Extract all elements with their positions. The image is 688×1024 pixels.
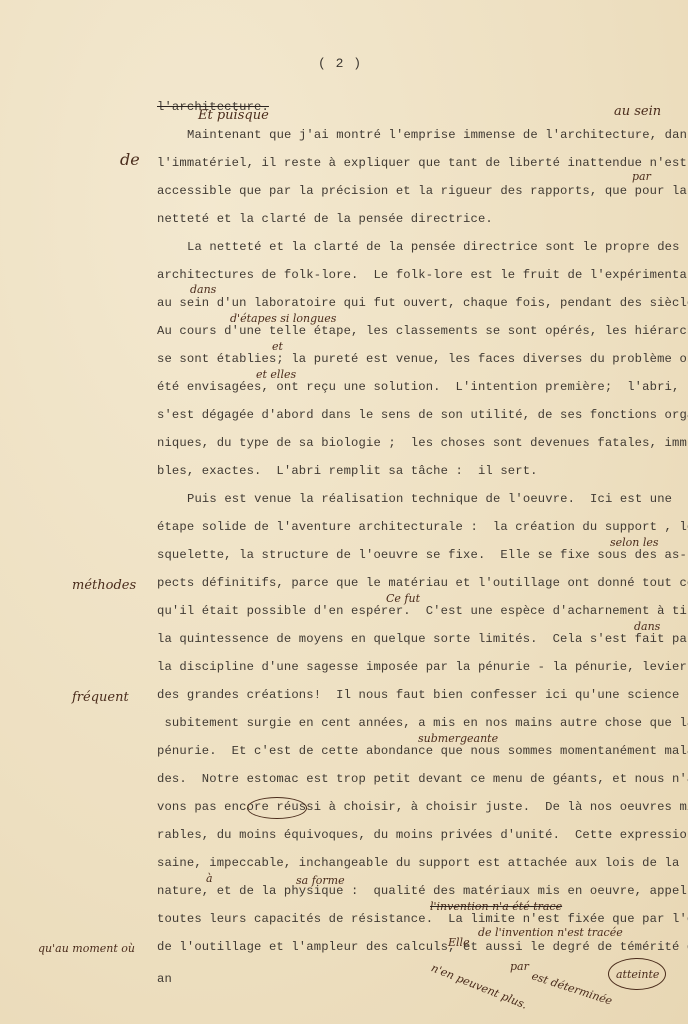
annotation-margin: de (120, 150, 140, 169)
text-line: subitement surgie en cent années, a mis … (157, 716, 688, 730)
annotation-margin: fréquent (72, 690, 129, 705)
annotation: et elles (256, 368, 296, 381)
text-line: la discipline d'une sagesse imposée par … (157, 660, 687, 674)
text-line: accessible que par la précision et la ri… (157, 184, 687, 198)
circled-word (608, 958, 666, 990)
text-line: de l'outillage et l'ampleur des calculs,… (157, 940, 688, 954)
annotation: dans (634, 620, 660, 633)
annotation: Ce fut (386, 592, 420, 605)
text-line: Maintenant que j'ai montré l'emprise imm… (187, 128, 688, 142)
text-line: qu'il était possible d'en espérer. C'est… (157, 604, 688, 618)
text-line: netteté et la clarté de la pensée direct… (157, 212, 493, 226)
text-line: la quintessence de moyens en quelque sor… (157, 632, 688, 646)
annotation: submergeante (418, 732, 498, 745)
text-line: Puis est venue la réalisation technique … (187, 492, 672, 506)
text-line: nature, et de la physique : qualité des … (157, 884, 688, 898)
text-line: vons pas encore réussi à choisir, à choi… (157, 800, 688, 814)
text-line: pénurie. Et c'est de cette abondance que… (157, 744, 688, 758)
text-line: étape solide de l'aventure architectural… (157, 520, 688, 534)
annotation: selon les (610, 536, 659, 549)
annotation: sa forme (296, 874, 345, 887)
text-line: rables, du moins équivoques, du moins pr… (157, 828, 688, 842)
annotation-margin: qu'au moment où (38, 942, 135, 955)
text-line: saine, impeccable, inchangeable du suppo… (157, 856, 679, 870)
text-line: toutes leurs capacités de résistance. La… (157, 912, 688, 926)
annotation: au sein (614, 104, 661, 119)
text-line: an (157, 972, 172, 986)
annotation-struck: l'invention n'a été trace (430, 900, 562, 913)
annotation: à (206, 872, 213, 885)
annotation: par (632, 170, 651, 183)
annotation: et (272, 340, 283, 353)
text-line: niques, du type de sa biologie ; les cho… (157, 436, 688, 450)
annotation-margin: méthodes (72, 578, 136, 593)
text-line: La netteté et la clarté de la pensée dir… (187, 240, 680, 254)
manuscript-page: ( 2 ) l'architecture. Maintenant que j'a… (0, 0, 688, 1024)
annotation: de l'invention n'est tracée (478, 926, 623, 939)
text-line: squelette, la structure de l'oeuvre se f… (157, 548, 687, 562)
annotation: par (510, 960, 529, 973)
text-line: pects définitifs, parce que le matériau … (157, 576, 688, 590)
annotation: est déterminée (530, 969, 614, 1007)
text-line: des grandes créations! Il nous faut bien… (157, 688, 679, 702)
text-line: architectures de folk-lore. Le folk-lore… (157, 268, 688, 282)
annotation: d'étapes si longues (230, 312, 336, 325)
circled-word (247, 797, 307, 819)
text-line: au sein d'un laboratoire qui fut ouvert,… (157, 296, 688, 310)
text-line: Au cours d'une telle étape, les classeme… (157, 324, 688, 338)
annotation: Et puisque (198, 108, 269, 123)
annotation: Elle (448, 936, 470, 949)
text-line: se sont établies; la pureté est venue, l… (157, 352, 688, 366)
text-line: bles, exactes. L'abri remplit sa tâche :… (157, 464, 538, 478)
text-line: des. Notre estomac est trop petit devant… (157, 772, 688, 786)
text-line: été envisagées, ont reçu une solution. L… (157, 380, 679, 394)
text-line: s'est dégagée d'abord dans le sens de so… (157, 408, 688, 422)
page-number: ( 2 ) (318, 56, 362, 71)
annotation: dans (190, 283, 216, 296)
text-line: l'immatériel, il reste à expliquer que t… (157, 156, 687, 170)
